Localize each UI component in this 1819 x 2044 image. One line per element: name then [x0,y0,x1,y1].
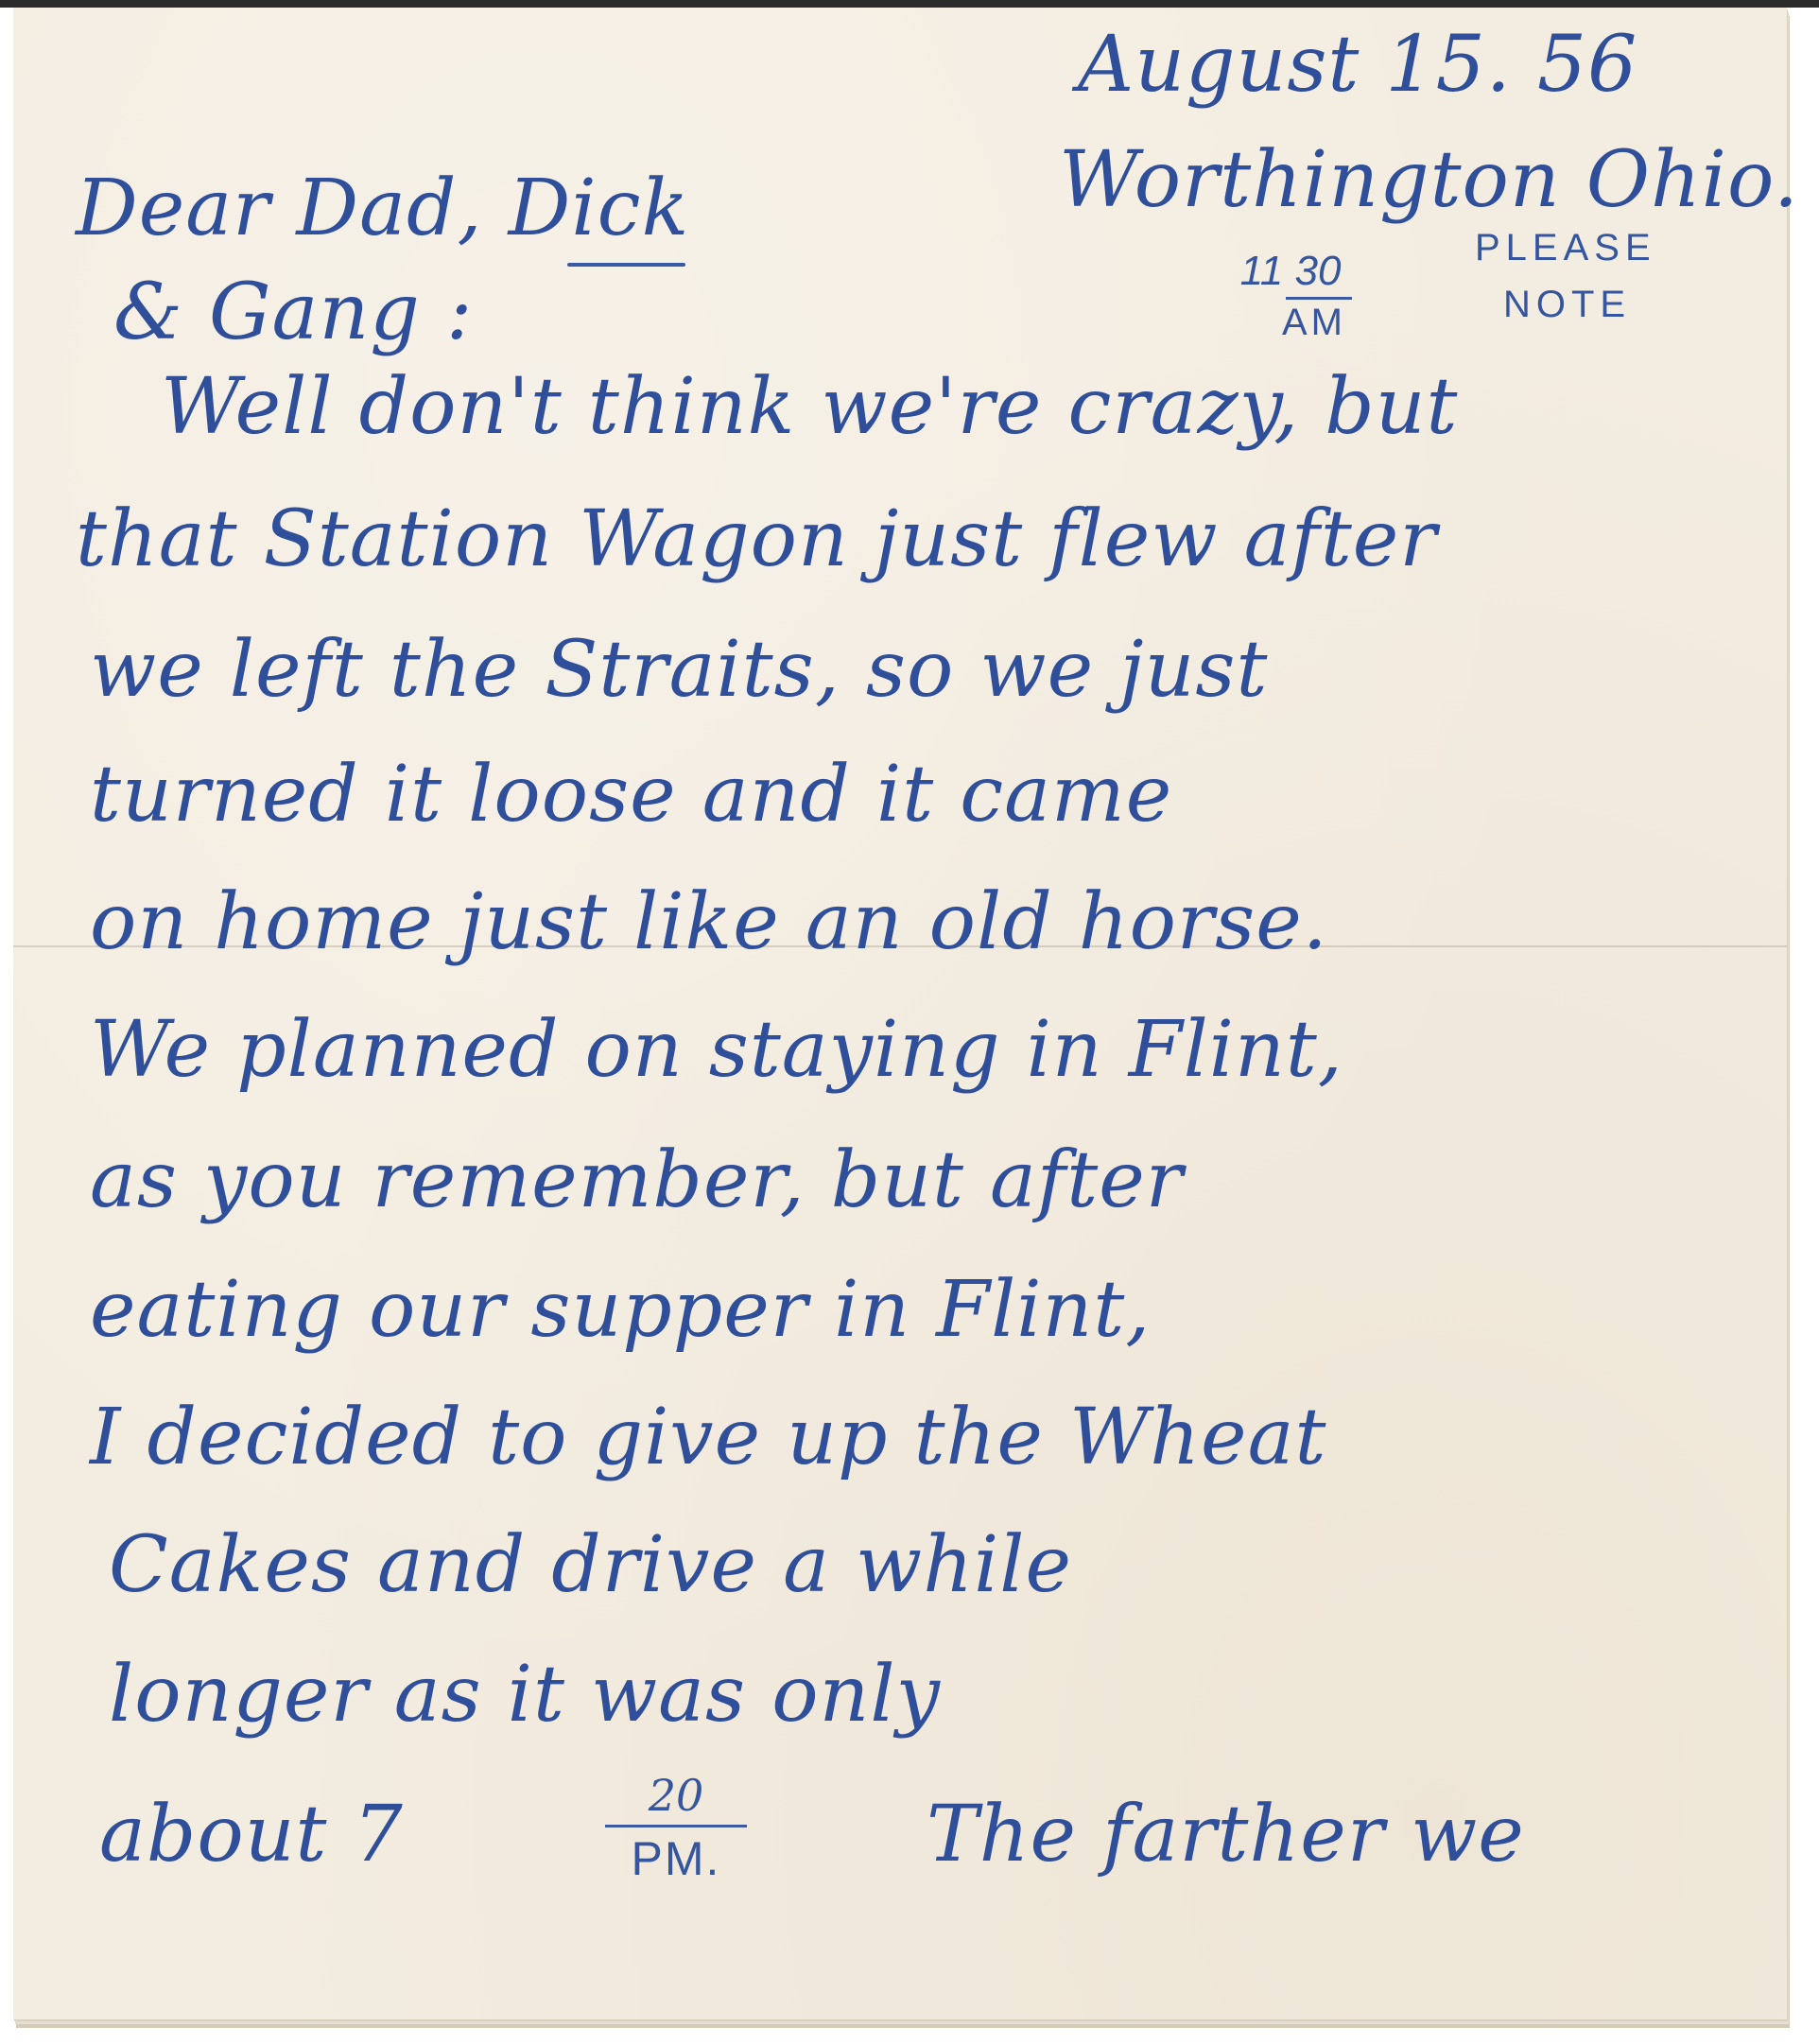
body-line: Well don't think we're crazy, but [161,369,1459,446]
pm-fraction-bar [605,1825,747,1827]
time-fraction-bar [1286,297,1352,300]
body-line: about 7 [99,1796,404,1874]
body-line: that Station Wagon just flew after [76,501,1438,579]
body-line: We planned on staying in Flint, [90,1012,1343,1089]
body-line: I decided to give up the Wheat [90,1399,1326,1477]
letter-time-ampm: AM [1276,302,1352,344]
body-line: as you remember, but after [90,1142,1184,1220]
letter-date: August 15. 56 [1078,26,1637,104]
body-line: Cakes and drive a while [109,1527,1072,1604]
letter-place: Worthington Ohio. [1059,142,1799,219]
note-label: NOTE [1503,284,1631,326]
pm-time-ampm: PM. [605,1831,747,1886]
pm-time: 20 PM. [605,1770,747,1886]
body-line-tail: The farther we [927,1796,1525,1874]
body-line: eating our supper in Flint, [90,1272,1151,1349]
body-line: longer as it was only [109,1656,941,1734]
body-line: on home just like an old horse. [90,884,1328,961]
salutation-line-1: Dear Dad, Dick [76,170,689,248]
pm-time-minutes: 20 [605,1770,747,1821]
body-line: turned it loose and it came [90,756,1172,834]
letter-time: 11 30 AM [1229,248,1352,344]
body-line: we left the Straits, so we just [90,632,1268,709]
scanner-edge [0,0,1819,8]
please-label: PLEASE [1475,227,1656,269]
salutation-line-2: & Gang : [113,274,473,352]
salutation-underline [567,263,685,267]
letter-time-value: 11 30 [1229,248,1352,295]
